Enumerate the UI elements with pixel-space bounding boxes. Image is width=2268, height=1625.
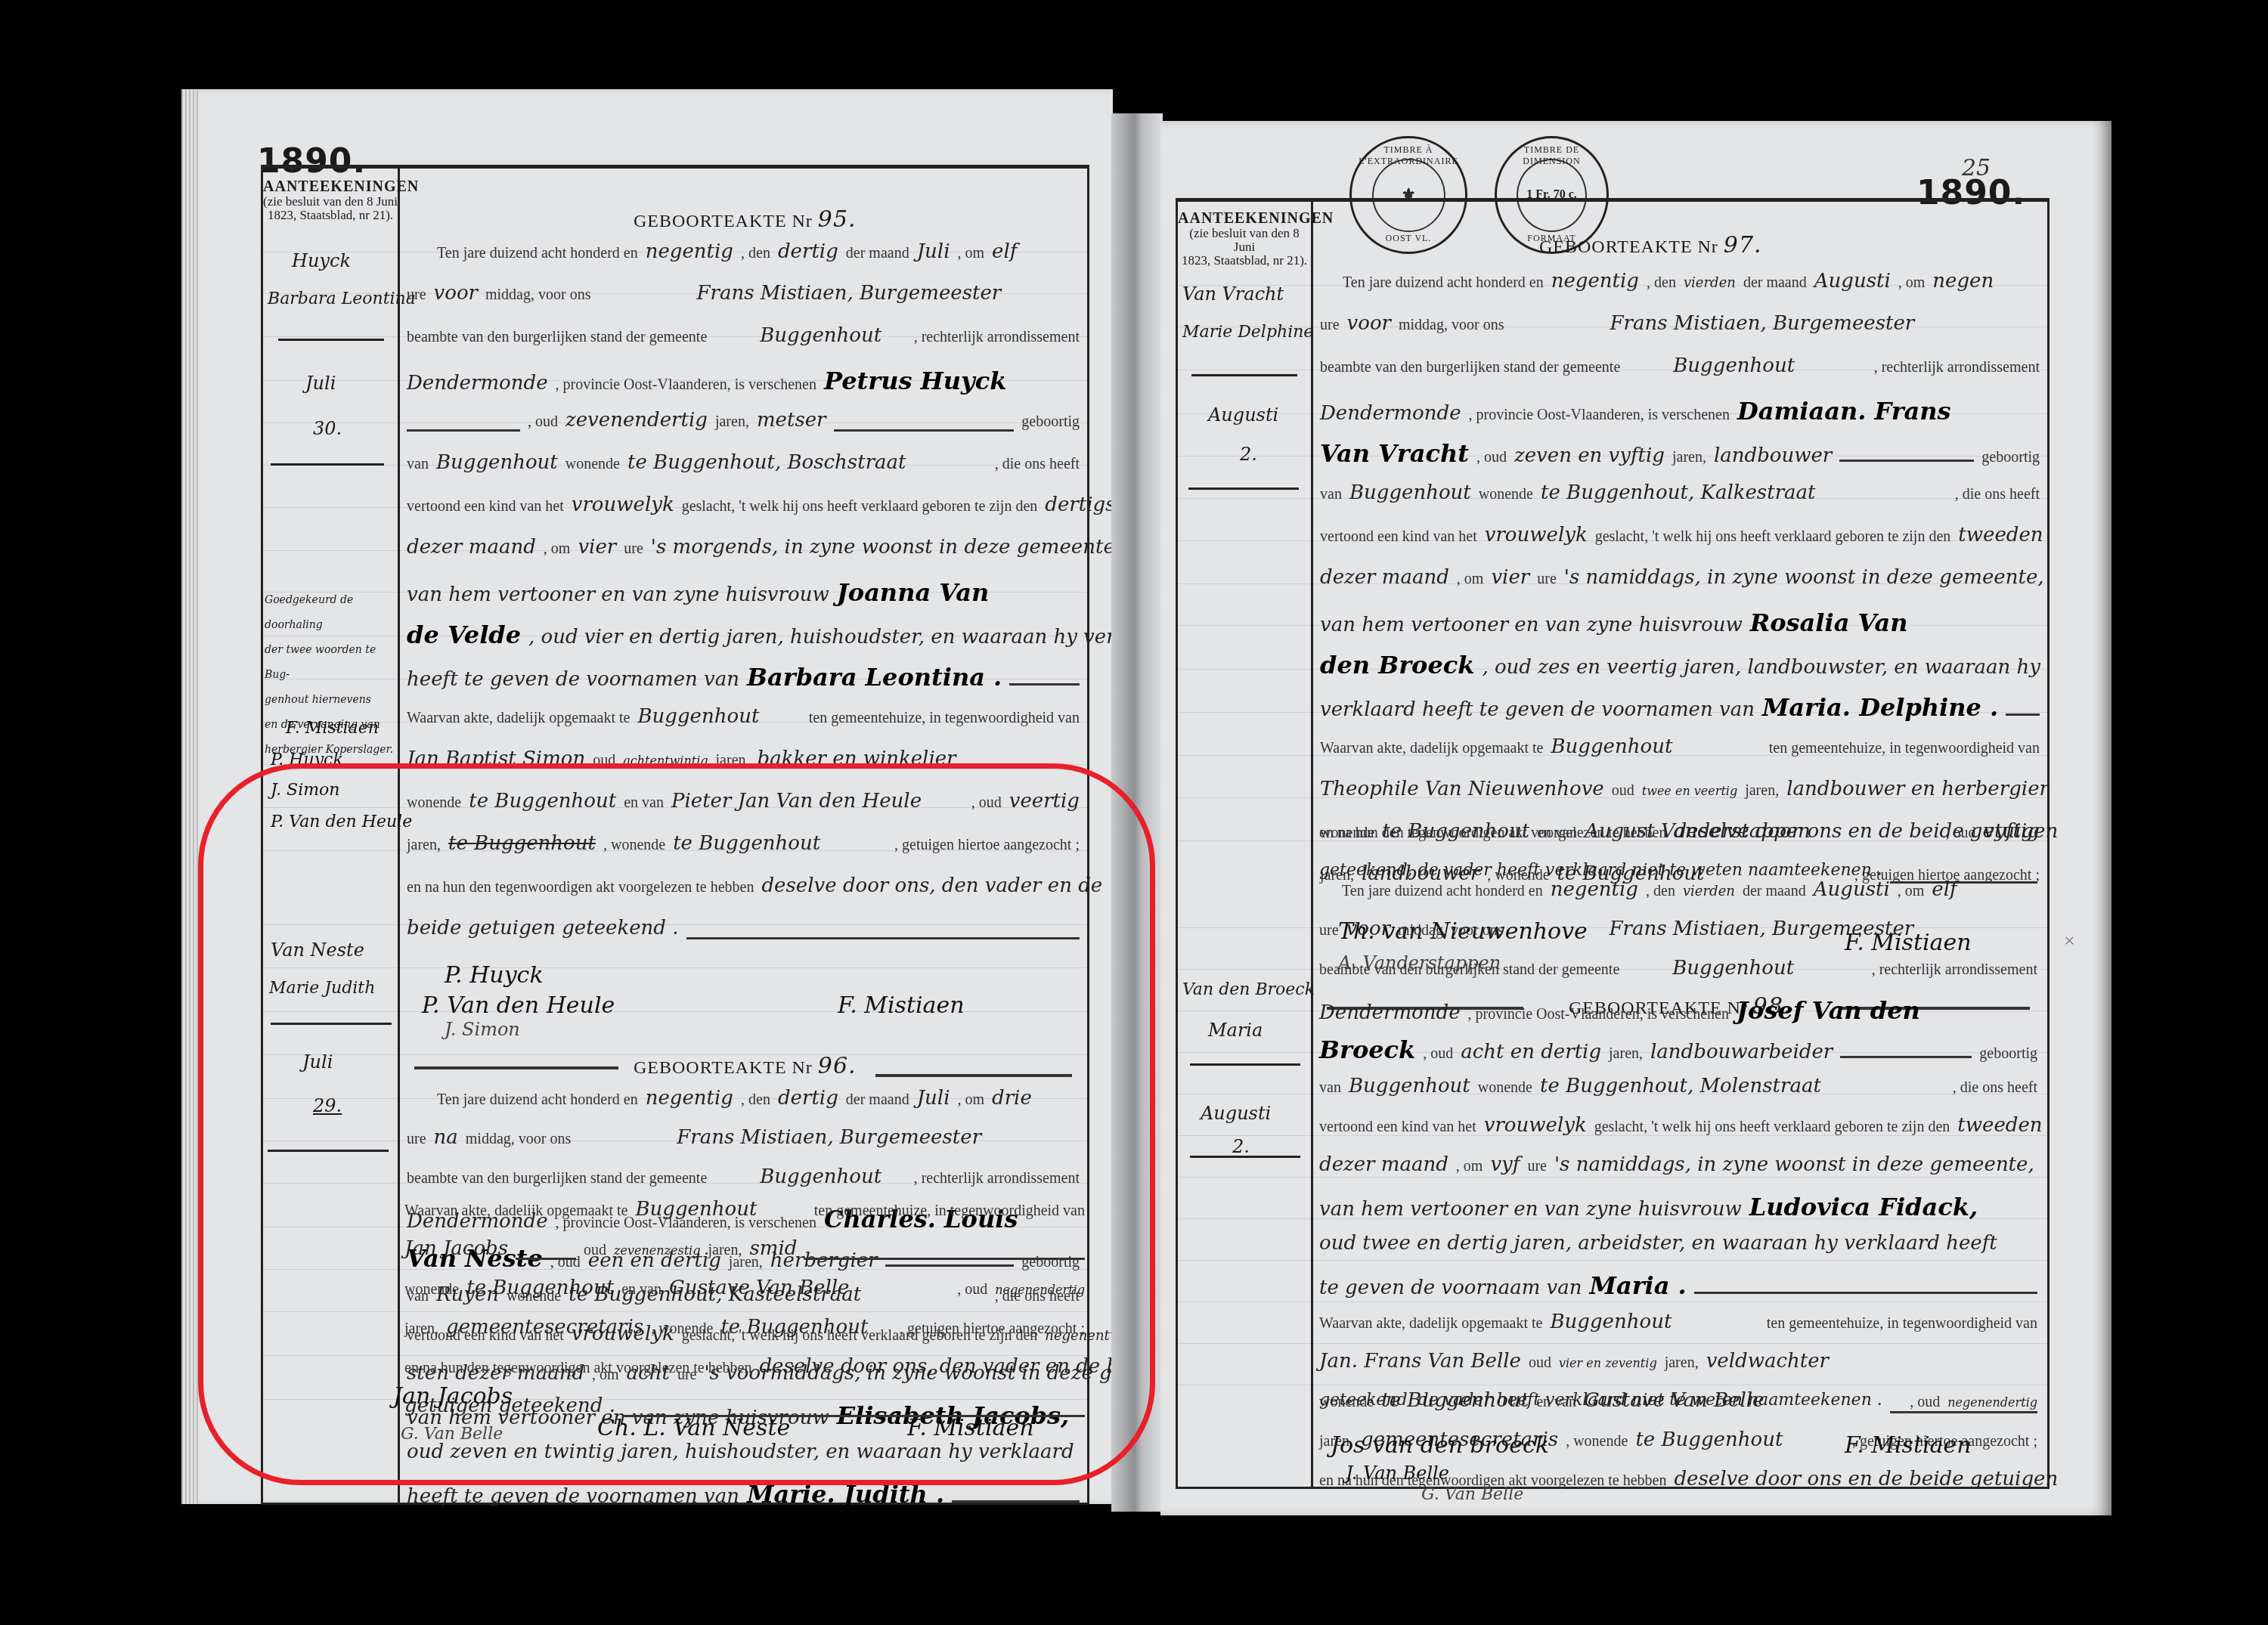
margin-month-96: Juli [302, 1051, 333, 1072]
margin-surname-97: Van Vracht [1182, 283, 1284, 305]
margin-surname-96: Van Neste [271, 939, 364, 961]
margin-day-98: 2. [1232, 1136, 1250, 1157]
signature: Jan Jacobs [393, 1383, 513, 1410]
margin-firstnames-97: Marie Delphine [1182, 323, 1313, 342]
signature: Jos van den broeck [1331, 1432, 1549, 1459]
signature: G. Van Belle [1421, 1485, 1523, 1504]
margin-header: AANTEEKENINGEN (zie besluit van den 8 Ju… [1178, 211, 1311, 268]
margin-month-98: Augusti [1201, 1103, 1271, 1124]
margin-surname-95: Huyck [292, 250, 351, 271]
margin-month-95: Juli [305, 373, 336, 394]
act-title-95: GEBOORTEAKTE Nr 95. [634, 206, 857, 233]
margin-day-95: 30. [313, 418, 342, 439]
margin-firstnames-95: Barbara Leontina [268, 289, 416, 308]
birth-act-96-witnesses: Waarvan akte, dadelijk opgemaakt teBugge… [404, 1198, 1085, 1485]
given-names-98: Maria . [1590, 1271, 1687, 1300]
margin-day-97: 2. [1240, 444, 1257, 465]
margin-signature: J. Simon [271, 781, 339, 800]
given-names-95: Barbara Leontina . [747, 663, 1002, 692]
signature: G. Van Belle [401, 1425, 503, 1444]
signature: F. Mistiaen [1845, 1432, 1972, 1459]
signature: Ch. L. Van Neste [597, 1415, 790, 1441]
signature: F. Mistiaen [907, 1415, 1034, 1441]
margin-day-96: 29. [313, 1095, 342, 1116]
margin-signature: P. Huyck [271, 751, 343, 769]
act-title-96: GEBOORTEAKTE Nr 96. [634, 1053, 857, 1079]
pencil-x-mark: × [2064, 930, 2075, 952]
birth-act-97: GEBOORTEAKTE Nr 97. Ten jare duizend ach… [1320, 202, 2040, 927]
birth-act-95: GEBOORTEAKTE Nr 95. Ten jare duizend ach… [407, 176, 1080, 849]
margin-signature: P. Van den Heule [271, 812, 412, 831]
given-names-97: Maria. Delphine . [1762, 693, 1998, 722]
birth-act-98-closing: geteekend, de vader heeft verklaard niet… [1319, 1391, 2037, 1436]
margin-surname-98: Van den Broeck [1182, 980, 1315, 999]
margin-column-right: AANTEEKENINGEN (zie besluit van den 8 Ju… [1178, 202, 1313, 1487]
act-title-97: GEBOORTEAKTE Nr 97. [1539, 232, 1762, 258]
book-gutter [1111, 113, 1163, 1512]
margin-firstnames-96: Marie Judith [269, 979, 375, 998]
signature: J. Van Belle [1346, 1462, 1449, 1484]
margin-firstnames-98: Maria [1208, 1020, 1263, 1041]
margin-signature: F. Mistiaen [286, 719, 379, 738]
margin-month-97: Augusti [1208, 404, 1278, 426]
margin-column-left: AANTEEKENINGEN (zie besluit van den 8 Ju… [263, 169, 400, 1503]
margin-header: AANTEEKENINGEN (zie besluit van den 8 Ju… [263, 179, 398, 222]
